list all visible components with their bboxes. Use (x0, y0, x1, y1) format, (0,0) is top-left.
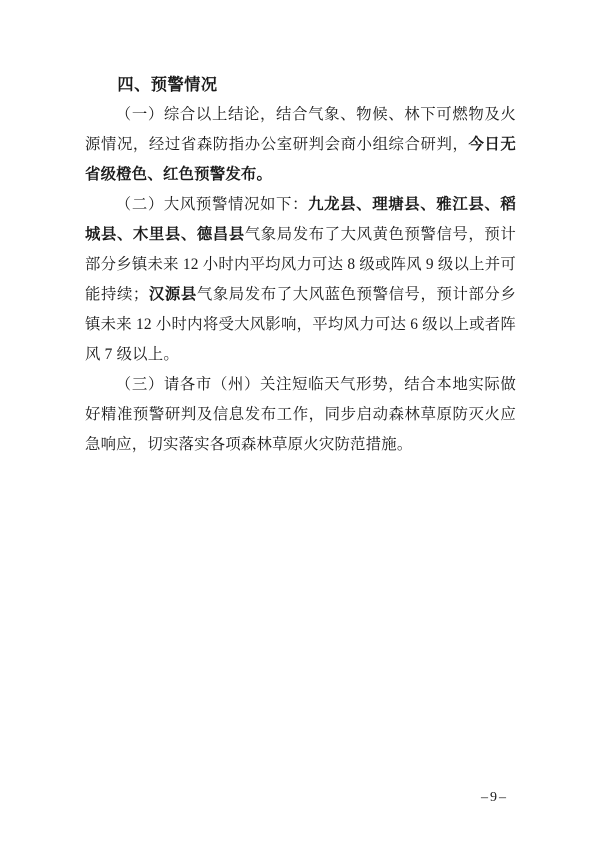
text-run: （二）大风预警情况如下： (116, 196, 308, 213)
text-run: （三）请各市（州）关注短临天气形势，结合本地实际做好精准预警研判及信息发布工作，… (85, 376, 516, 453)
section-heading: 四、预警情况 (85, 70, 516, 100)
paragraph-instructions: （三）请各市（州）关注短临天气形势，结合本地实际做好精准预警研判及信息发布工作，… (85, 370, 516, 460)
document-page: 四、预警情况 （一）综合以上结论，结合气象、物候、林下可燃物及火源情况，经过省森… (0, 0, 600, 848)
text-run: （一）综合以上结论，结合气象、物候、林下可燃物及火源情况，经过省森防指办公室研判… (85, 106, 516, 153)
paragraph-warning-summary: （一）综合以上结论，结合气象、物候、林下可燃物及火源情况，经过省森防指办公室研判… (85, 100, 516, 190)
text-run-bold: 汉源县 (149, 286, 197, 303)
document-content: 四、预警情况 （一）综合以上结论，结合气象、物候、林下可燃物及火源情况，经过省森… (85, 70, 516, 460)
page-number: –9– (481, 790, 508, 806)
paragraph-wind-warnings: （二）大风预警情况如下：九龙县、理塘县、雅江县、稻城县、木里县、德昌县气象局发布… (85, 190, 516, 370)
